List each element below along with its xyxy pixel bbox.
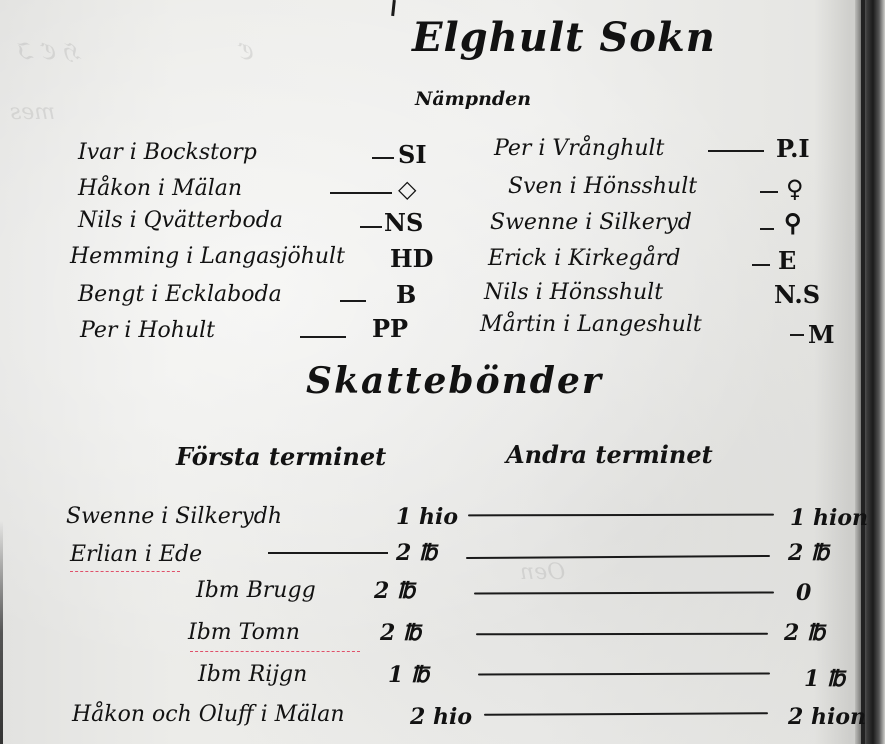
section-heading: Nämpnden xyxy=(415,88,531,110)
bleed-through-text: ℌ ℭ ℑ xyxy=(20,40,81,65)
jury-mark: ◇ xyxy=(398,174,416,203)
jury-entry-name: Erick i Kirkegård xyxy=(488,246,680,271)
jury-entry-name: Per i Hohult xyxy=(80,318,215,343)
jury-mark: ⚲ xyxy=(784,208,802,237)
first-term-amount: 2 ℔ xyxy=(380,620,421,646)
row-rule xyxy=(484,712,768,715)
first-term-amount: 2 ℔ xyxy=(374,578,415,604)
row-rule xyxy=(268,552,388,554)
jury-entry-name: Håkon i Mälan xyxy=(78,176,242,201)
rule xyxy=(340,300,366,302)
taxpayer-name: Ibm Rijgn xyxy=(198,662,307,687)
rule xyxy=(790,334,804,336)
bleed-through-text: Oen xyxy=(520,560,565,585)
rule xyxy=(752,264,770,266)
jury-entry-name: Sven i Hönsshult xyxy=(508,174,697,199)
column-header-first-term: Första terminet xyxy=(176,442,386,471)
rule xyxy=(760,228,774,230)
jury-mark: NS xyxy=(384,208,423,237)
row-rule xyxy=(476,633,768,636)
row-rule xyxy=(474,591,774,594)
book-binding xyxy=(855,0,885,744)
binding-gutter xyxy=(861,0,865,744)
second-term-amount: 1 hion xyxy=(790,505,868,531)
jury-mark: HD xyxy=(390,244,434,273)
jury-mark: N.S xyxy=(774,280,820,309)
taxpayer-name: Swenne i Silkerydh xyxy=(66,504,282,529)
jury-mark: E xyxy=(778,246,796,275)
row-rule xyxy=(468,514,774,517)
row-rule xyxy=(466,555,770,559)
rule xyxy=(760,191,778,193)
jury-mark: M xyxy=(808,320,835,349)
page-edge xyxy=(0,0,3,744)
bleed-through-text: mes xyxy=(10,100,55,125)
second-term-amount: 1 ℔ xyxy=(804,666,845,692)
jury-mark: B xyxy=(396,280,416,309)
page-title: Elghult Sokn xyxy=(412,14,716,61)
second-term-amount: 0 xyxy=(796,580,811,606)
jury-entry-name: Bengt i Ecklaboda xyxy=(78,282,282,307)
rule xyxy=(300,336,346,338)
jury-mark: SI xyxy=(398,140,427,169)
rule xyxy=(372,157,394,159)
rule xyxy=(360,226,382,228)
section-subtitle: Skattebönder xyxy=(306,360,603,402)
jury-entry-name: Nils i Qvätterboda xyxy=(78,208,283,233)
jury-mark: PP xyxy=(372,314,408,343)
first-term-amount: 1 ℔ xyxy=(388,662,429,688)
jury-entry-name: Mårtin i Langeshult xyxy=(480,312,702,337)
jury-entry-name: Ivar i Bockstorp xyxy=(78,140,257,165)
annotation-underline xyxy=(190,651,360,652)
column-header-second-term: Andra terminet xyxy=(506,440,713,469)
jury-entry-name: Per i Vrånghult xyxy=(494,136,664,161)
bleed-through-text: ℭ xyxy=(240,40,255,65)
row-rule xyxy=(478,672,770,675)
taxpayer-name: Ibm Brugg xyxy=(196,578,316,603)
rule xyxy=(330,192,392,194)
first-term-amount: 2 ℔ xyxy=(396,540,437,566)
jury-entry-name: Hemming i Langasjöhult xyxy=(70,244,345,269)
taxpayer-name: Ibm Tomn xyxy=(188,620,300,645)
jury-entry-name: Nils i Hönsshult xyxy=(484,280,663,305)
jury-mark: ♀ xyxy=(786,174,804,203)
second-term-amount: 2 hion xyxy=(788,704,866,730)
ink-stroke xyxy=(391,0,396,16)
taxpayer-name: Erlian i Ede xyxy=(70,542,202,567)
second-term-amount: 2 ℔ xyxy=(784,620,825,646)
taxpayer-name: Håkon och Oluff i Mälan xyxy=(72,702,345,727)
first-term-amount: 1 hio xyxy=(396,504,458,530)
annotation-underline xyxy=(70,571,180,572)
manuscript-page: ℌ ℭ ℑ mes Oen ℭ Elghult Sokn Nämpnden Iv… xyxy=(0,0,885,744)
jury-entry-name: Swenne i Silkeryd xyxy=(490,210,692,235)
jury-mark: P.I xyxy=(776,134,810,163)
second-term-amount: 2 ℔ xyxy=(788,540,829,566)
first-term-amount: 2 hio xyxy=(410,704,472,730)
rule xyxy=(708,150,764,152)
